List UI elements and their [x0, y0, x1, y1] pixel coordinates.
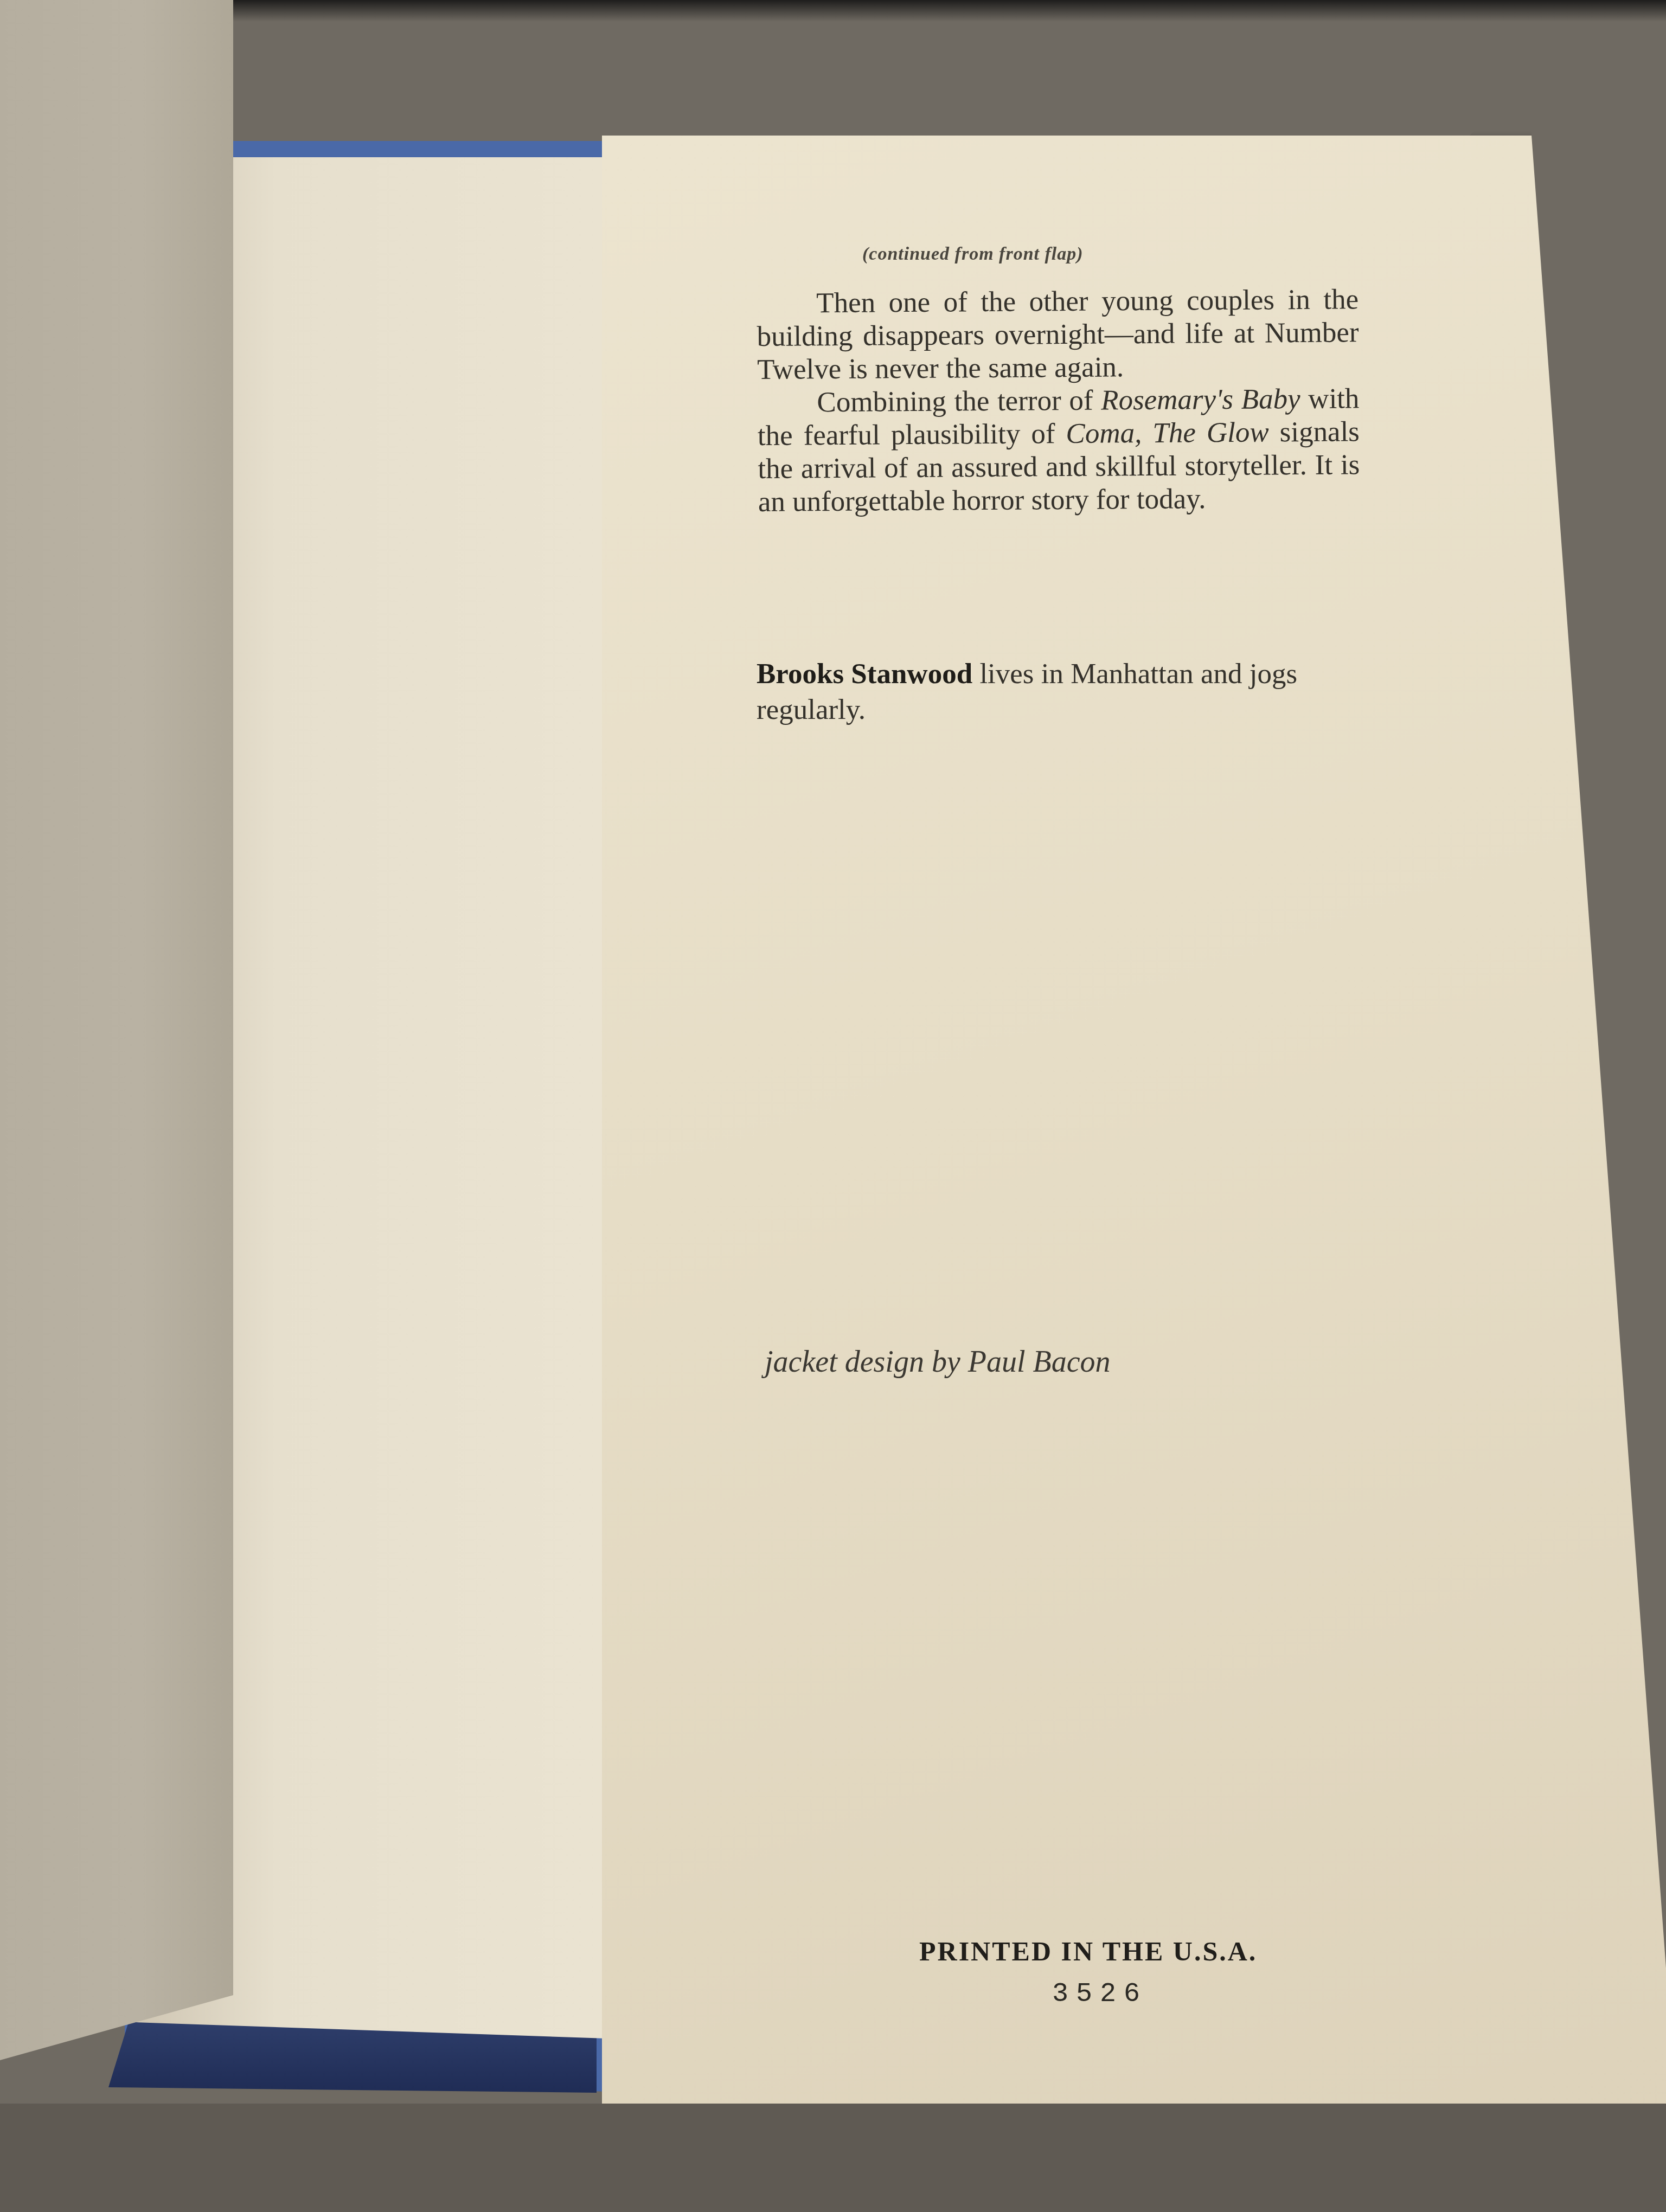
price-code-number: 3526 [1052, 1979, 1148, 2010]
printed-in-usa: PRINTED IN THE U.S.A. [919, 1935, 1257, 1967]
flap-content: (continued from front flap) Then one of … [602, 136, 1666, 2142]
blurb-body: Then one of the other young couples in t… [757, 283, 1360, 519]
free-endpaper-left [0, 0, 233, 2212]
title-rosemarys-baby: Rosemary's Baby [1101, 383, 1300, 416]
blurb-p2-part-1: Combining the terror of [817, 385, 1101, 419]
table-surface [0, 2104, 1666, 2212]
author-name: Brooks Stanwood [757, 658, 972, 690]
blurb-paragraph-1: Then one of the other young couples in t… [757, 283, 1359, 387]
blurb-paragraph-2: Combining the terror of Rosemary's Baby … [757, 382, 1360, 519]
jacket-design-credit: jacket design by Paul Bacon [765, 1345, 1111, 1379]
blurb-p1-text: Then one of the other young couples in t… [757, 284, 1359, 385]
author-bio: Brooks Stanwood lives in Manhattan and j… [757, 656, 1369, 728]
background-table [228, 0, 1666, 22]
continued-note: (continued from front flap) [862, 244, 1084, 265]
title-coma-the-glow: Coma, The Glow [1066, 416, 1269, 449]
